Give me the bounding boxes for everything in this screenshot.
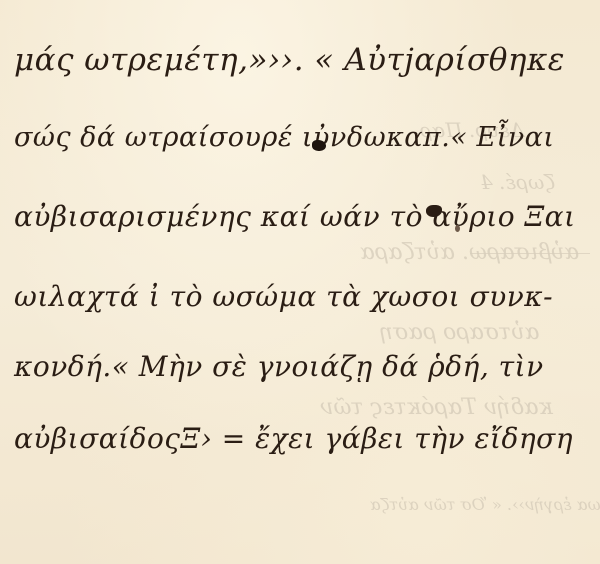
bleed-through-text: αὐτσαρο ραση xyxy=(380,320,539,345)
bleed-through-text: ζωρέ. 4 xyxy=(480,170,555,194)
bleed-through-text: τὴν γιωα ἐργὴν››. « Ὅσ τῶν αὐτζα xyxy=(370,495,600,514)
bleed-through-text: καδήν Ταρόκτες τῶν xyxy=(320,395,553,420)
manuscript-line-5: κονδή.« Μὴν σὲ γνοιάζῃ δά ῥδή, τὶν xyxy=(14,350,544,383)
manuscript-line-2: σώς δά ωτραίσουρέ ιὐνδωκαπ.« Εἶναι xyxy=(14,122,555,153)
manuscript-line-4: ωιλαχτά ἰ τὸ ωσώμα τὰ χωσοι συνκ- xyxy=(14,280,553,313)
bleed-through-rule xyxy=(470,253,590,254)
ink-blot xyxy=(312,140,326,151)
manuscript-line-6: αὐβισαίδοςΞ› = ἔχει γάβει τὴν εἴδηση xyxy=(14,422,573,455)
manuscript-page: Δευρ. Παρ ζωρέ. 4 αὐβισαρω. αὐτζαρα αὐτσ… xyxy=(0,0,600,564)
manuscript-line-1: μάς ωτρεμέτη,»››. « Αὐτjαρίσθηκε xyxy=(14,42,565,78)
manuscript-line-3: αὐβισαρισμένης καί ωάν τὸ αὔριο Ξαι xyxy=(14,200,576,233)
ink-blot xyxy=(455,225,460,232)
